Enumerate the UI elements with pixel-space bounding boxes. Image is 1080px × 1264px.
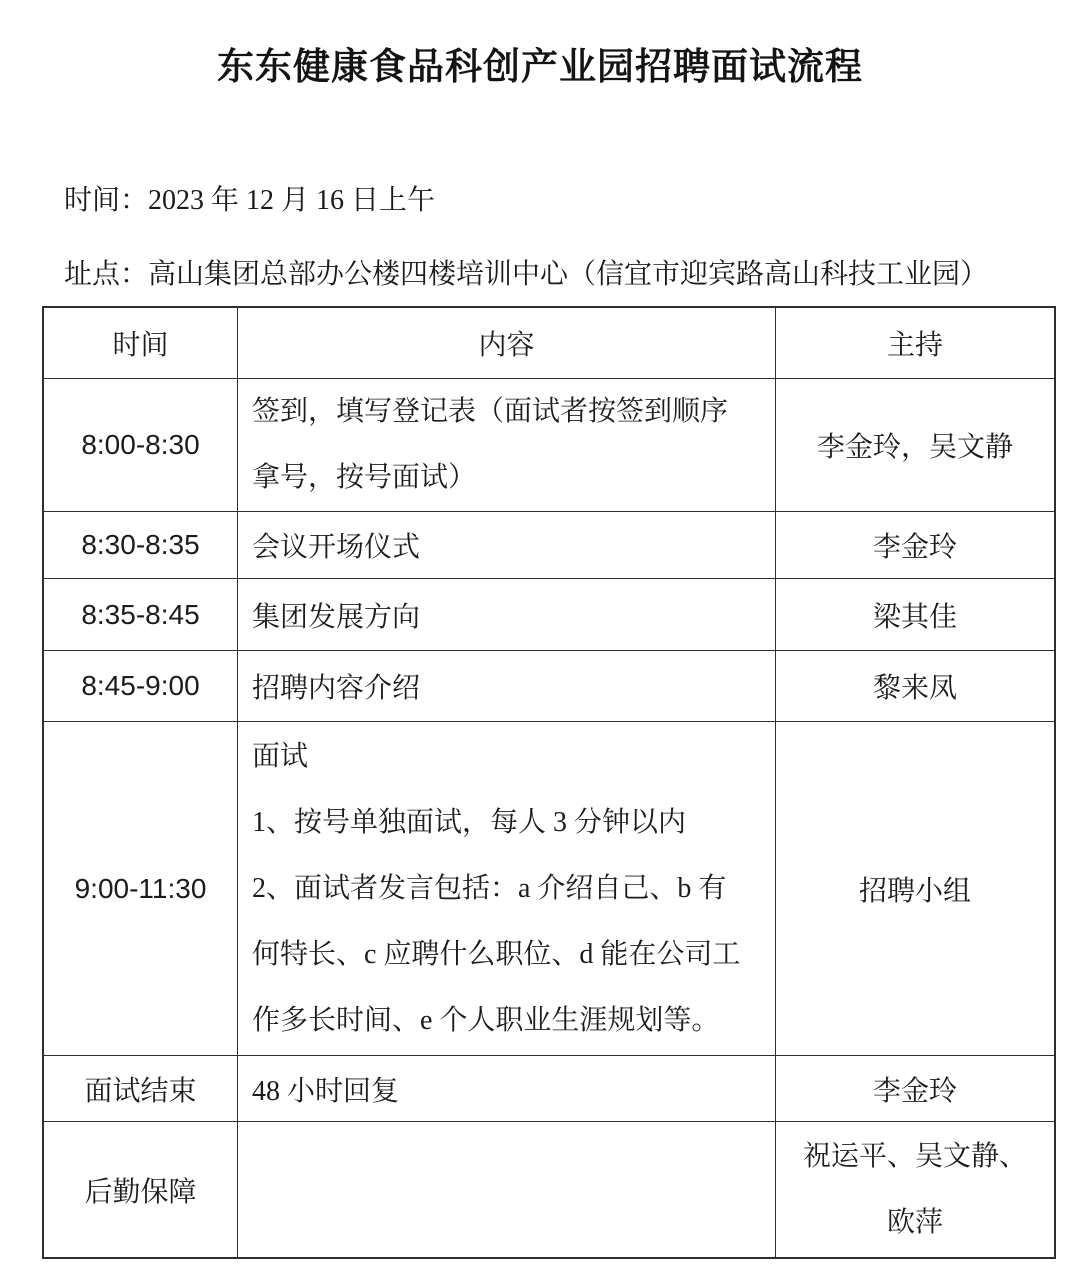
table-row-opening: 8:30-8:35 会议开场仪式 李金玲 (43, 512, 1055, 579)
interview-schedule-table: 时间 内容 主持 8:00-8:30 签到，填写登记表（面试者按签到顺序 拿号，… (42, 306, 1056, 1259)
cell-host: 李金玲 (776, 1056, 1056, 1122)
cell-host: 李金玲，吴文静 (776, 379, 1056, 512)
header-cell-host: 主持 (776, 307, 1056, 379)
cell-host: 招聘小组 (776, 722, 1056, 1056)
content-line: 作多长时间、e 个人职业生涯规划等。 (252, 988, 767, 1054)
cell-content-empty (238, 1122, 776, 1259)
cell-content: 48 小时回复 (238, 1056, 776, 1122)
content-line: 面试 (252, 724, 767, 790)
content-line: 拿号，按号面试） (252, 445, 767, 511)
host-line: 祝运平、吴文静、 (776, 1124, 1054, 1190)
cell-content: 会议开场仪式 (238, 512, 776, 579)
cell-time: 8:45-9:00 (43, 651, 238, 722)
cell-time: 8:30-8:35 (43, 512, 238, 579)
content-line: 1、按号单独面试，每人 3 分钟以内 (252, 790, 767, 856)
host-line: 欧萍 (776, 1190, 1054, 1256)
cell-host: 梁其佳 (776, 579, 1056, 651)
cell-time: 面试结束 (43, 1056, 238, 1122)
table-row-interview-end: 面试结束 48 小时回复 李金玲 (43, 1056, 1055, 1122)
cell-time: 9:00-11:30 (43, 722, 238, 1056)
cell-time: 8:00-8:30 (43, 379, 238, 512)
content-line: 2、面试者发言包括：a 介绍自己、b 有 (252, 856, 767, 922)
meta-location-line: 址点：高山集团总部办公楼四楼培训中心（信宜市迎宾路高山科技工业园） (64, 252, 1080, 292)
cell-host: 李金玲 (776, 512, 1056, 579)
cell-time: 后勤保障 (43, 1122, 238, 1259)
table-row-logistics: 后勤保障 祝运平、吴文静、 欧萍 (43, 1122, 1055, 1259)
table-row-direction: 8:35-8:45 集团发展方向 梁其佳 (43, 579, 1055, 651)
content-line: 何特长、c 应聘什么职位、d 能在公司工 (252, 922, 767, 988)
page-title: 东东健康食品科创产业园招聘面试流程 (0, 36, 1080, 90)
content-line: 签到，填写登记表（面试者按签到顺序 (252, 379, 767, 445)
meta-time-line: 时间：2023 年 12 月 16 日上午 (64, 178, 1080, 218)
table-row-signin: 8:00-8:30 签到，填写登记表（面试者按签到顺序 拿号，按号面试） 李金玲… (43, 379, 1055, 512)
cell-time: 8:35-8:45 (43, 579, 238, 651)
cell-content: 招聘内容介绍 (238, 651, 776, 722)
document-page: { "page": { "title": "东东健康食品科创产业园招聘面试流程"… (0, 0, 1080, 1264)
header-cell-time: 时间 (43, 307, 238, 379)
header-cell-content: 内容 (238, 307, 776, 379)
cell-host: 黎来凤 (776, 651, 1056, 722)
table-header-row: 时间 内容 主持 (43, 307, 1055, 379)
table-row-interview: 9:00-11:30 面试 1、按号单独面试，每人 3 分钟以内 2、面试者发言… (43, 722, 1055, 1056)
cell-host: 祝运平、吴文静、 欧萍 (776, 1122, 1056, 1259)
table-row-recruit-intro: 8:45-9:00 招聘内容介绍 黎来凤 (43, 651, 1055, 722)
cell-content: 签到，填写登记表（面试者按签到顺序 拿号，按号面试） (238, 379, 776, 512)
cell-content: 集团发展方向 (238, 579, 776, 651)
cell-content: 面试 1、按号单独面试，每人 3 分钟以内 2、面试者发言包括：a 介绍自己、b… (238, 722, 776, 1056)
